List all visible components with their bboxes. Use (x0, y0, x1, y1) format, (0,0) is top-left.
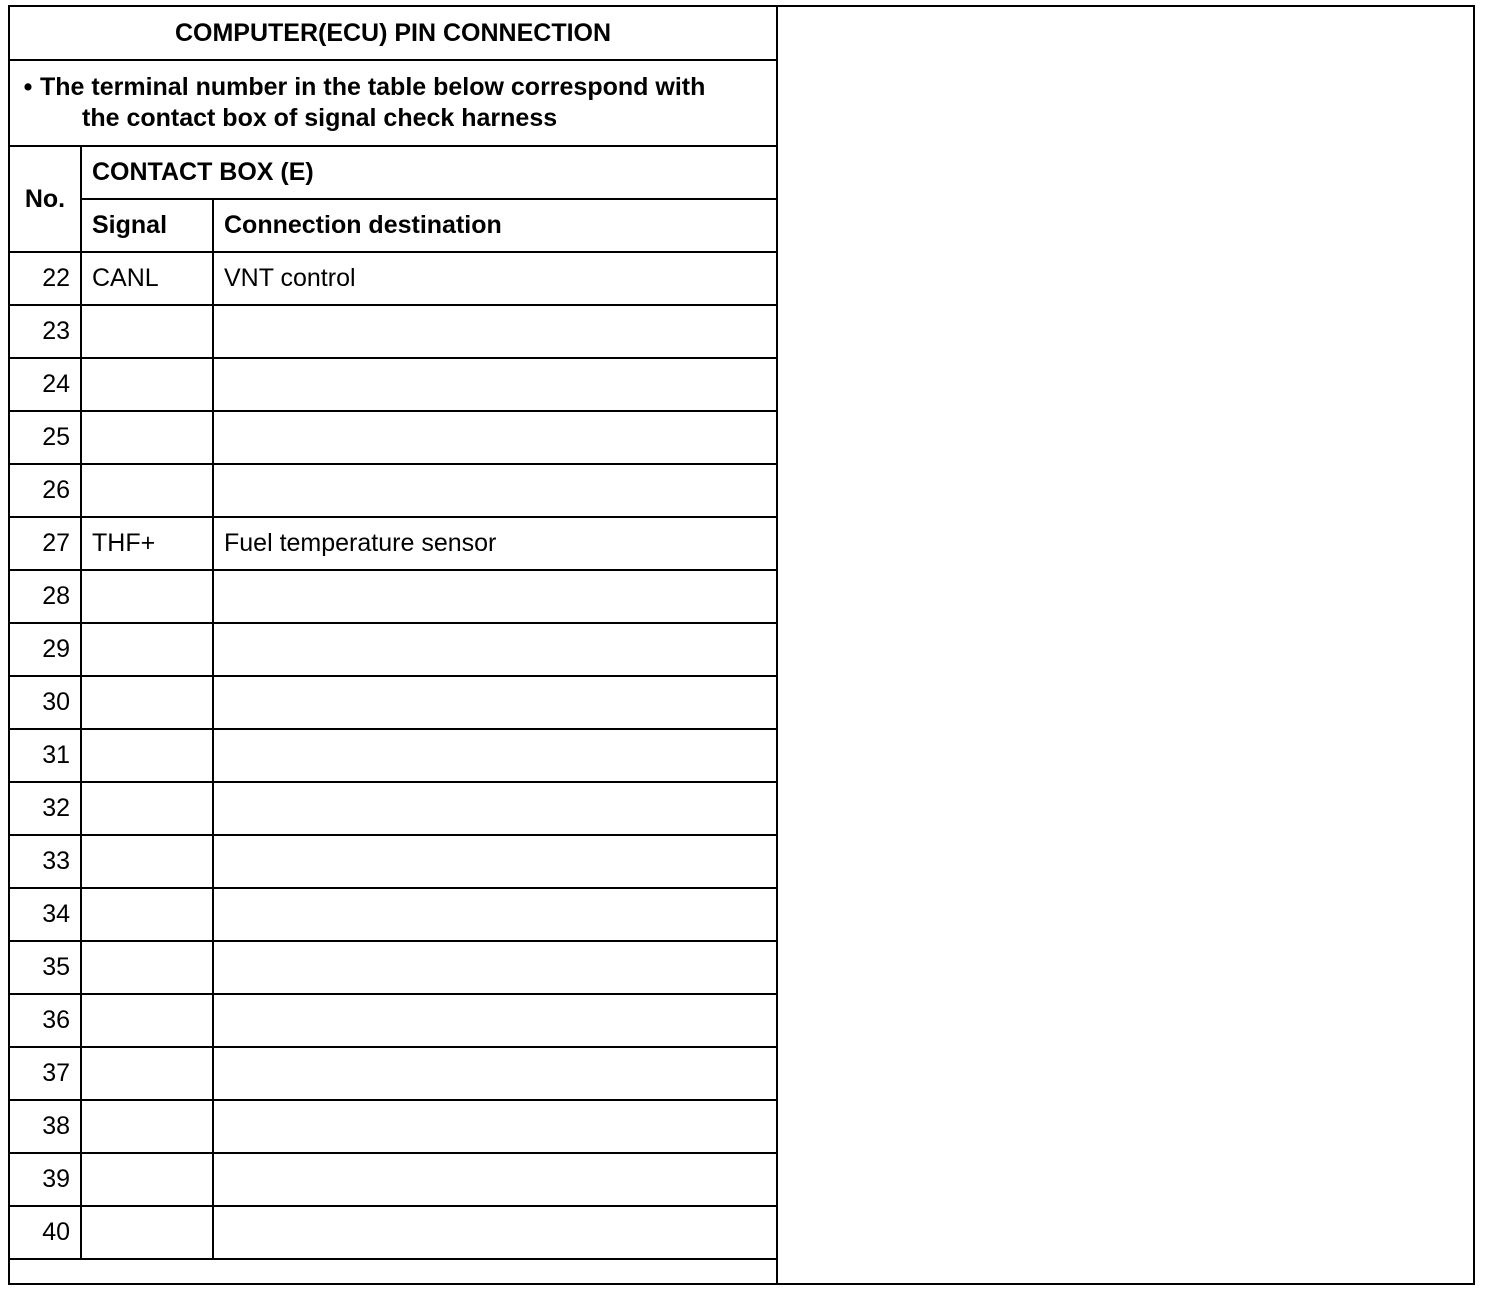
signal-cell (81, 411, 213, 464)
header-no: No. (9, 146, 81, 252)
signal-cell (81, 464, 213, 517)
pin-number: 25 (9, 411, 81, 464)
table-row: 30 (9, 676, 777, 729)
pin-number: 31 (9, 729, 81, 782)
destination-cell (213, 305, 777, 358)
pin-number: 36 (9, 994, 81, 1047)
signal-cell: THF+ (81, 517, 213, 570)
destination-cell (213, 1153, 777, 1206)
table-row: 36 (9, 994, 777, 1047)
pin-number: 23 (9, 305, 81, 358)
table-row: 35 (9, 941, 777, 994)
table-row: 37 (9, 1047, 777, 1100)
pin-number: 35 (9, 941, 81, 994)
header-destination: Connection destination (213, 199, 777, 252)
destination-cell (213, 623, 777, 676)
pin-number: 27 (9, 517, 81, 570)
signal-cell (81, 676, 213, 729)
destination-cell (213, 1100, 777, 1153)
table-row: 23 (9, 305, 777, 358)
table-row: 31 (9, 729, 777, 782)
signal-cell (81, 1206, 213, 1259)
destination-cell (213, 782, 777, 835)
pin-number: 26 (9, 464, 81, 517)
signal-cell (81, 1047, 213, 1100)
table-note: •The terminal number in the table below … (9, 60, 777, 146)
pin-number: 33 (9, 835, 81, 888)
table-row: 29 (9, 623, 777, 676)
table-row: 27THF+Fuel temperature sensor (9, 517, 777, 570)
signal-cell (81, 305, 213, 358)
signal-cell (81, 1100, 213, 1153)
pin-number: 24 (9, 358, 81, 411)
note-line-1: The terminal number in the table below c… (40, 73, 705, 101)
table-row: 25 (9, 411, 777, 464)
table-title: COMPUTER(ECU) PIN CONNECTION (9, 6, 777, 60)
pin-number: 30 (9, 676, 81, 729)
header-contact-box: CONTACT BOX (E) (81, 146, 777, 199)
pin-number: 32 (9, 782, 81, 835)
signal-cell (81, 835, 213, 888)
destination-cell (213, 676, 777, 729)
table-row: 22CANLVNT control (9, 252, 777, 305)
signal-cell (81, 570, 213, 623)
header-signal: Signal (81, 199, 213, 252)
table-row: 38 (9, 1100, 777, 1153)
pin-number: 38 (9, 1100, 81, 1153)
pin-number: 29 (9, 623, 81, 676)
table-row: 33 (9, 835, 777, 888)
bullet-icon: • (16, 72, 40, 103)
destination-cell (213, 888, 777, 941)
destination-cell (213, 1047, 777, 1100)
destination-cell (213, 570, 777, 623)
destination-cell (213, 835, 777, 888)
signal-cell (81, 994, 213, 1047)
signal-cell (81, 729, 213, 782)
pin-number: 28 (9, 570, 81, 623)
destination-cell (213, 729, 777, 782)
table-row: 26 (9, 464, 777, 517)
signal-cell (81, 888, 213, 941)
destination-cell (213, 411, 777, 464)
signal-cell: CANL (81, 252, 213, 305)
note-line-2: the contact box of signal check harness (10, 103, 776, 134)
pin-number: 40 (9, 1206, 81, 1259)
pin-number: 37 (9, 1047, 81, 1100)
table-row: 39 (9, 1153, 777, 1206)
signal-cell (81, 782, 213, 835)
destination-cell (213, 994, 777, 1047)
table-row: 40 (9, 1206, 777, 1259)
table-row: 24 (9, 358, 777, 411)
signal-cell (81, 1153, 213, 1206)
signal-cell (81, 941, 213, 994)
destination-cell: Fuel temperature sensor (213, 517, 777, 570)
pin-number: 34 (9, 888, 81, 941)
destination-cell (213, 941, 777, 994)
signal-cell (81, 623, 213, 676)
pin-number: 39 (9, 1153, 81, 1206)
destination-cell (213, 358, 777, 411)
destination-cell (213, 464, 777, 517)
table-row: 32 (9, 782, 777, 835)
signal-cell (81, 358, 213, 411)
pin-number: 22 (9, 252, 81, 305)
destination-cell: VNT control (213, 252, 777, 305)
destination-cell (213, 1206, 777, 1259)
pin-connection-table: COMPUTER(ECU) PIN CONNECTION •The termin… (8, 5, 778, 1260)
table-row: 34 (9, 888, 777, 941)
table-row: 28 (9, 570, 777, 623)
